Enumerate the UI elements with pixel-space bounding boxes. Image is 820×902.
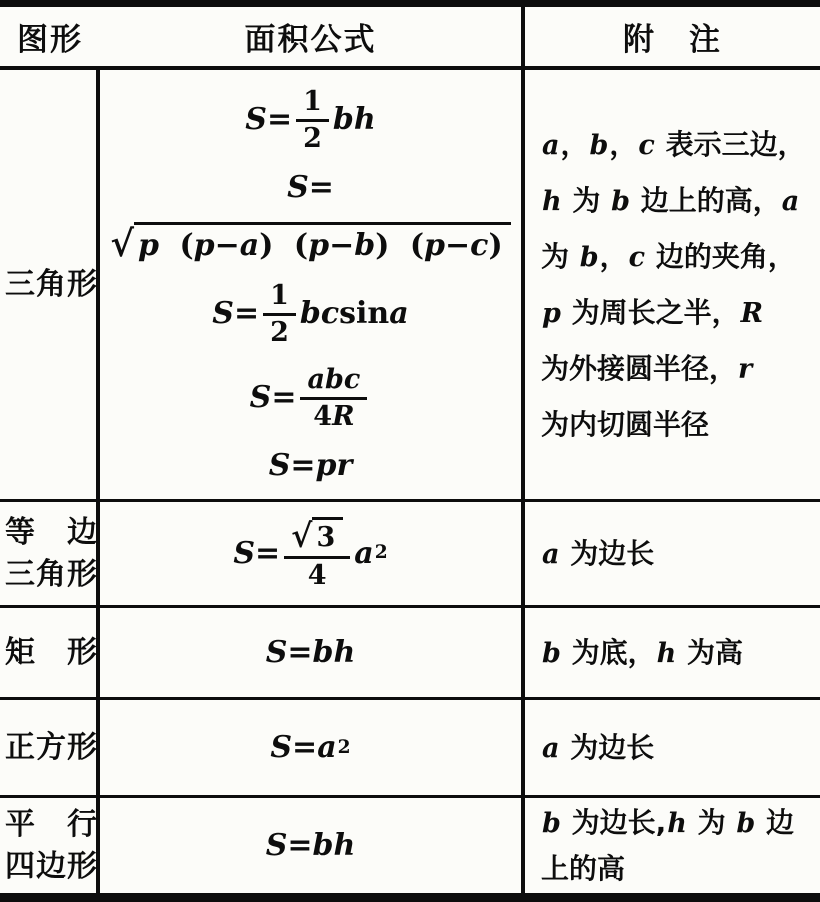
formula-cell: S=√34a2 (100, 502, 525, 605)
note-line: a，b，c 表示三边， (541, 117, 814, 173)
shape-cell: 平 行四边形 (0, 798, 100, 893)
note-cell: a，b，c 表示三边，h 为 b 边上的高，a为 b，c 边的夹角，p 为周长之… (525, 70, 820, 499)
formula-line: √p (p−a) (p−b) (p−c) (110, 222, 510, 264)
formula-line: S=12bcsina (212, 280, 408, 347)
fraction-denominator: 2 (263, 316, 296, 348)
fraction-denominator: 4R (300, 400, 367, 432)
table-row: 等 边三角形S=√34a2a 为边长 (0, 502, 820, 608)
header-shape-label: 图形 (17, 14, 83, 59)
formula-line: S=12bh (245, 86, 375, 153)
area-formula-table: 图形 面积公式 附 注 三角形S=12bhS=√p (p−a) (p−b) (p… (0, 0, 820, 902)
fraction-numerator: 1 (263, 280, 296, 316)
math-text: bh (333, 102, 376, 137)
formula-line: S= (287, 170, 334, 205)
fraction: 12 (296, 86, 329, 153)
shape-name: 正方形 (5, 727, 94, 768)
shape-name: 三角形 (5, 264, 94, 305)
table-header-row: 图形 面积公式 附 注 (0, 7, 820, 70)
note-line: a 为边长 (541, 531, 814, 577)
math-text: pr (316, 448, 353, 483)
shape-name: 四边形 (5, 846, 94, 887)
formula-cell: S=12bhS=√p (p−a) (p−b) (p−c)S=12bcsinaS=… (100, 70, 525, 499)
fraction-denominator: 4 (284, 559, 350, 591)
shape-cell: 矩 形 (0, 608, 100, 697)
radical-expression: √3 (291, 517, 343, 554)
formula-cell: S=a2 (100, 700, 525, 795)
scanned-document-page: 图形 面积公式 附 注 三角形S=12bhS=√p (p−a) (p−b) (p… (0, 0, 820, 902)
math-text: S= (245, 102, 292, 137)
fraction-numerator: √3 (284, 516, 350, 559)
note-line: 上的高 (541, 846, 814, 891)
note-line: 为内切圆半径 (541, 397, 814, 453)
radical-expression: √p (p−a) (p−b) (p−c) (110, 222, 510, 264)
math-text: S= (287, 170, 334, 205)
note-line: b 为边长,h 为 b 边 (541, 800, 814, 846)
formula-line: S=a2 (270, 730, 350, 765)
note-line: h 为 b 边上的高，a (541, 173, 814, 229)
note-cell: b 为边长,h 为 b 边上的高 (525, 798, 820, 893)
math-text: S= (212, 296, 259, 331)
formula-line: S=bh (266, 635, 356, 670)
shape-name: 矩 形 (5, 632, 94, 673)
shape-name: 等 边 (5, 512, 94, 553)
math-text: bc (300, 296, 339, 331)
math-text: sin (339, 296, 389, 331)
shape-name: 平 行 (5, 804, 94, 845)
table-body: 三角形S=12bhS=√p (p−a) (p−b) (p−c)S=12bcsin… (0, 70, 820, 893)
formula-line: S=√34a2 (233, 516, 387, 590)
formula-line: S=pr (269, 448, 353, 483)
formula-line: S=abc4R (250, 364, 372, 431)
table-row: 正方形S=a2a 为边长 (0, 700, 820, 798)
math-text: S=bh (266, 635, 356, 670)
radical-sign: √ (110, 223, 134, 265)
math-text: a (354, 536, 373, 571)
math-text: S=a (270, 730, 336, 765)
math-text: S= (233, 536, 280, 571)
note-cell: b 为底，h 为高 (525, 608, 820, 697)
note-line: 为 b，c 边的夹角， (541, 229, 814, 285)
table-row: 三角形S=12bhS=√p (p−a) (p−b) (p−c)S=12bcsin… (0, 70, 820, 502)
formula-cell: S=bh (100, 798, 525, 893)
formula-line: S=bh (266, 828, 356, 863)
header-formula-cell: 面积公式 (100, 7, 525, 66)
shape-name: 三角形 (5, 554, 94, 595)
radicand: 3 (312, 517, 343, 553)
radicand: p (p−a) (p−b) (p−c) (134, 222, 511, 263)
math-text: a (389, 296, 408, 331)
note-line: p 为周长之半，R (541, 285, 814, 341)
fraction-numerator: abc (300, 364, 367, 400)
note-cell: a 为边长 (525, 700, 820, 795)
math-text: S= (269, 448, 316, 483)
shape-cell: 正方形 (0, 700, 100, 795)
fraction: √34 (284, 516, 350, 590)
table-row: 矩 形S=bhb 为底，h 为高 (0, 608, 820, 700)
note-line: a 为边长 (541, 725, 814, 771)
header-formula-label: 面积公式 (245, 14, 377, 59)
fraction-denominator: 2 (296, 122, 329, 154)
table-row: 平 行四边形S=bhb 为边长,h 为 b 边上的高 (0, 798, 820, 893)
math-text: S=bh (266, 828, 356, 863)
formula-cell: S=bh (100, 608, 525, 697)
header-note-label: 附 注 (623, 14, 722, 59)
math-text: S= (250, 380, 297, 415)
radical-sign: √ (291, 519, 312, 555)
shape-cell: 等 边三角形 (0, 502, 100, 605)
note-cell: a 为边长 (525, 502, 820, 605)
header-note-cell: 附 注 (525, 7, 820, 66)
note-line: b 为底，h 为高 (541, 630, 814, 676)
shape-cell: 三角形 (0, 70, 100, 499)
fraction: abc4R (300, 364, 367, 431)
fraction: 12 (263, 280, 296, 347)
fraction-numerator: 1 (296, 86, 329, 122)
note-line: 为外接圆半径，r (541, 341, 814, 397)
header-shape-cell: 图形 (0, 7, 100, 66)
